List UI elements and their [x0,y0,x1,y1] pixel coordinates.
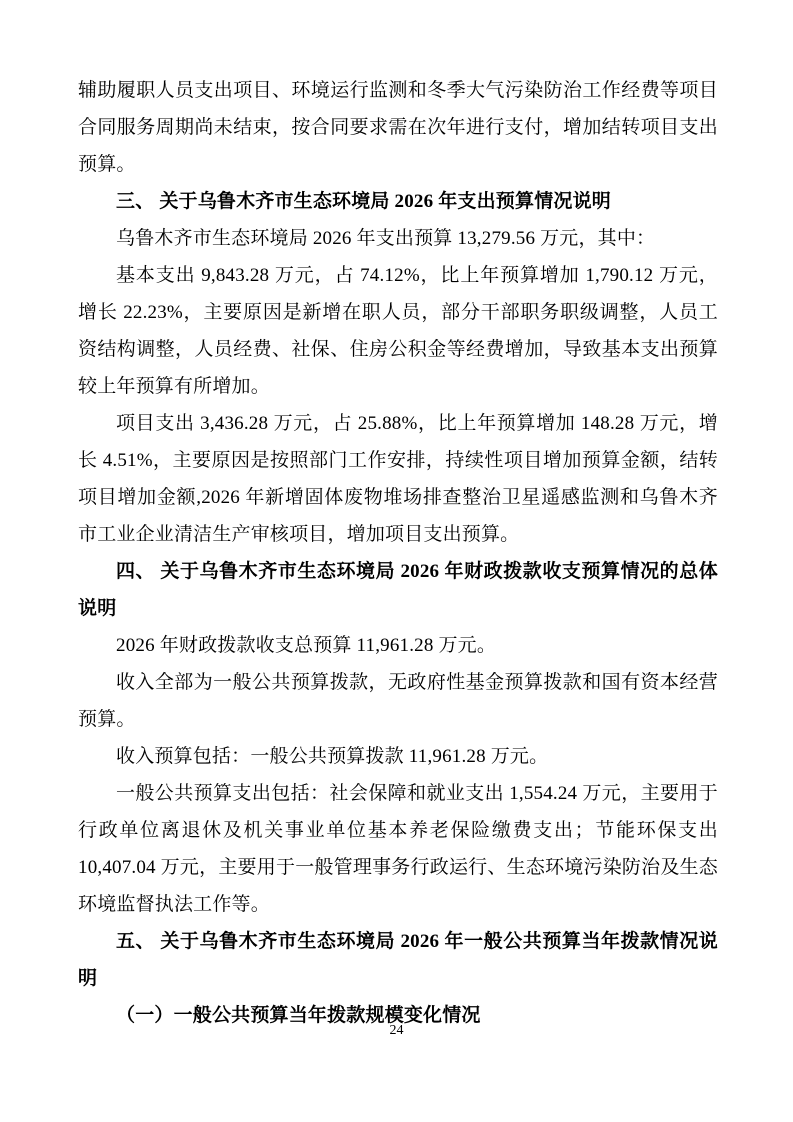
section4-income-note-paragraph: 收入全部为一般公共预算拨款，无政府性基金预算拨款和国有资本经营预算。 [78,664,718,738]
paragraph-carryover: 辅助履职人员支出项目、环境运行监测和冬季大气污染防治工作经费等项目合同服务周期尚… [78,72,718,183]
section4-heading: 四、 关于乌鲁木齐市生态环境局 2026 年财政拨款收支预算情况的总体说明 [78,553,718,627]
section3-basic-expense-paragraph: 基本支出 9,843.28 万元，占 74.12%，比上年预算增加 1,790.… [78,257,718,405]
section4-income-detail-paragraph: 收入预算包括：一般公共预算拨款 11,961.28 万元。 [78,738,718,775]
section4-expense-detail-paragraph: 一般公共预算支出包括：社会保障和就业支出 1,554.24 万元，主要用于行政单… [78,775,718,923]
document-page: 辅助履职人员支出项目、环境运行监测和冬季大气污染防治工作经费等项目合同服务周期尚… [0,0,793,1122]
section5-heading: 五、 关于乌鲁木齐市生态环境局 2026 年一般公共预算当年拨款情况说明 [78,923,718,997]
section3-intro-paragraph: 乌鲁木齐市生态环境局 2026 年支出预算 13,279.56 万元，其中： [78,220,718,257]
page-number: 24 [0,1022,793,1040]
section4-total-budget-paragraph: 2026 年财政拨款收支总预算 11,961.28 万元。 [78,627,718,664]
document-body: 辅助履职人员支出项目、环境运行监测和冬季大气污染防治工作经费等项目合同服务周期尚… [78,72,718,1034]
section3-project-expense-paragraph: 项目支出 3,436.28 万元，占 25.88%，比上年预算增加 148.28… [78,405,718,553]
section3-heading: 三、 关于乌鲁木齐市生态环境局 2026 年支出预算情况说明 [78,183,718,220]
